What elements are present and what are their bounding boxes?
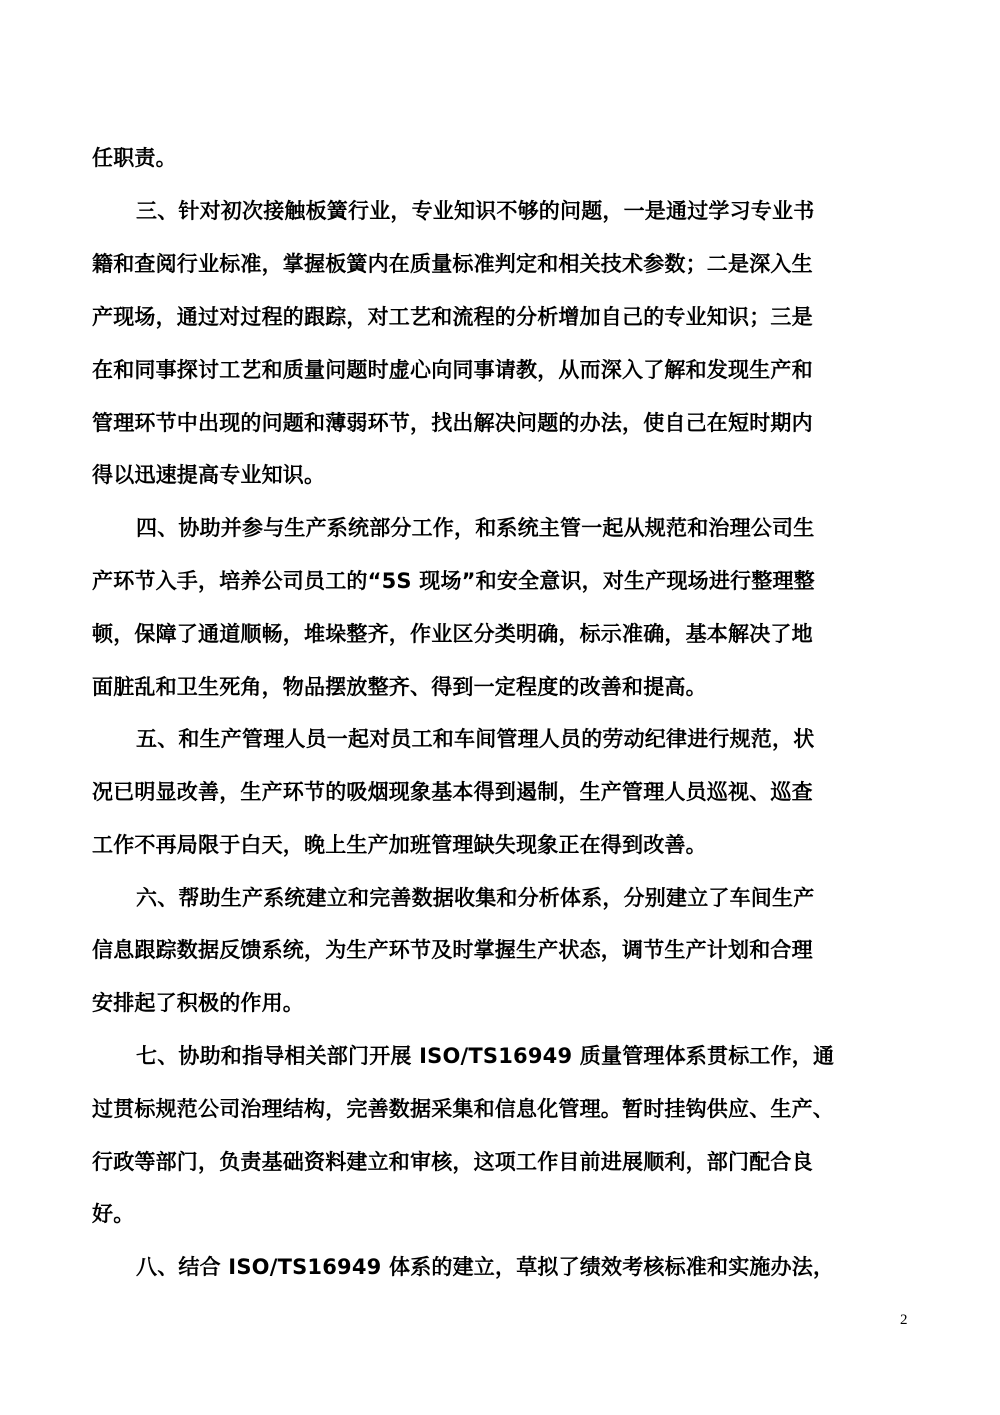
text-line: 信息跟踪数据反馈系统，为生产环节及时掌握生产状态，调节生产计划和合理 [92, 935, 922, 965]
page-number: 2 [900, 1312, 908, 1329]
text-line: 产现场，通过对过程的跟踪，对工艺和流程的分析增加自己的专业知识；三是 [92, 302, 922, 332]
text-line: 顿，保障了通道顺畅，堆垛整齐，作业区分类明确，标示准确，基本解决了地 [92, 619, 922, 649]
text-line: 在和同事探讨工艺和质量问题时虚心向同事请教，从而深入了解和发现生产和 [92, 355, 922, 385]
text-line: 安排起了积极的作用。 [92, 988, 922, 1018]
paragraph-6-start: 六、帮助生产系统建立和完善数据收集和分析体系，分别建立了车间生产 [136, 883, 966, 913]
text-line: 况已明显改善，生产环节的吸烟现象基本得到遏制，生产管理人员巡视、巡查 [92, 777, 922, 807]
text-line: 面脏乱和卫生死角，物品摆放整齐、得到一定程度的改善和提高。 [92, 672, 922, 702]
document-page: 任职责。 三、针对初次接触板簧行业，专业知识不够的问题，一是通过学习专业书 籍和… [0, 0, 1000, 1415]
text-line: 工作不再局限于白天，晚上生产加班管理缺失现象正在得到改善。 [92, 830, 922, 860]
paragraph-3-start: 三、针对初次接触板簧行业，专业知识不够的问题，一是通过学习专业书 [136, 196, 966, 226]
text-line: 行政等部门，负责基础资料建立和审核，这项工作目前进展顺利，部门配合良 [92, 1147, 922, 1177]
paragraph-4-start: 四、协助并参与生产系统部分工作，和系统主管一起从规范和治理公司生 [136, 513, 966, 543]
text-line: 好。 [92, 1199, 922, 1229]
paragraph-7-start: 七、协助和指导相关部门开展 ISO/TS16949 质量管理体系贯标工作，通 [136, 1041, 966, 1071]
text-line: 产环节入手，培养公司员工的“5S 现场”和安全意识，对生产现场进行整理整 [92, 566, 922, 596]
paragraph-5-start: 五、和生产管理人员一起对员工和车间管理人员的劳动纪律进行规范，状 [136, 724, 966, 754]
text-line: 管理环节中出现的问题和薄弱环节，找出解决问题的办法，使自己在短时期内 [92, 408, 922, 438]
text-line: 过贯标规范公司治理结构，完善数据采集和信息化管理。暂时挂钩供应、生产、 [92, 1094, 922, 1124]
text-line: 得以迅速提高专业知识。 [92, 460, 922, 490]
paragraph-8-start: 八、结合 ISO/TS16949 体系的建立，草拟了绩效考核标准和实施办法， [136, 1252, 966, 1282]
text-line: 任职责。 [92, 143, 922, 173]
text-line: 籍和查阅行业标准，掌握板簧内在质量标准判定和相关技术参数；二是深入生 [92, 249, 922, 279]
